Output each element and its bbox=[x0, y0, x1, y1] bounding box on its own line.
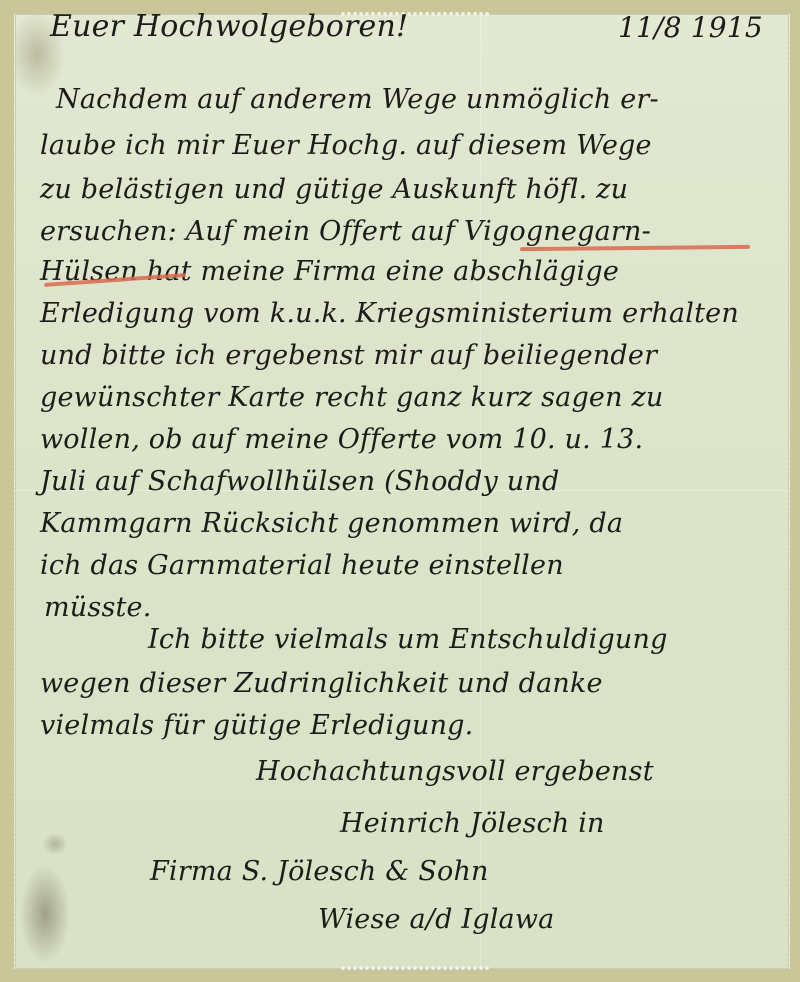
body-line: laube ich mir Euer Hochg. auf diesem Weg… bbox=[40, 132, 652, 159]
body-line: gewünschter Karte recht ganz kurz sagen … bbox=[40, 384, 664, 411]
body-line: Nachdem auf anderem Wege unmöglich er- bbox=[56, 86, 659, 113]
firm-location: Wiese a/d Iglawa bbox=[318, 906, 554, 933]
body-line: Juli auf Schafwollhülsen (Shoddy und bbox=[40, 468, 559, 495]
body-line: Erledigung vom k.u.k. Kriegsministerium … bbox=[40, 300, 739, 327]
signatory-name: Heinrich Jölesch in bbox=[340, 810, 605, 837]
body-line: wollen, ob auf meine Offerte vom 10. u. … bbox=[40, 426, 643, 453]
valediction: Hochachtungsvoll ergebenst bbox=[256, 758, 654, 785]
closing-line: vielmals für gütige Erledigung. bbox=[40, 712, 473, 739]
firm-name: Firma S. Jölesch & Sohn bbox=[150, 858, 489, 885]
body-line: und bitte ich ergebenst mir auf beiliege… bbox=[40, 342, 657, 369]
body-line: zu belästigen und gütige Auskunft höfl. … bbox=[40, 176, 628, 203]
closing-line: wegen dieser Zudringlichkeit und danke bbox=[40, 670, 603, 697]
salutation: Euer Hochwolgeboren! bbox=[50, 12, 408, 42]
closing-line: Ich bitte vielmals um Entschuldigung bbox=[148, 626, 668, 653]
perforated-edge-bottom bbox=[340, 966, 490, 970]
body-line: ich das Garnmaterial heute einstellen bbox=[40, 552, 564, 579]
body-line: Kammgarn Rücksicht genommen wird, da bbox=[40, 510, 623, 537]
letter-date: 11/8 1915 bbox=[618, 14, 763, 42]
body-line: müsste. bbox=[44, 594, 152, 621]
body-line: ersuchen: Auf mein Offert auf Vigognegar… bbox=[40, 218, 651, 245]
